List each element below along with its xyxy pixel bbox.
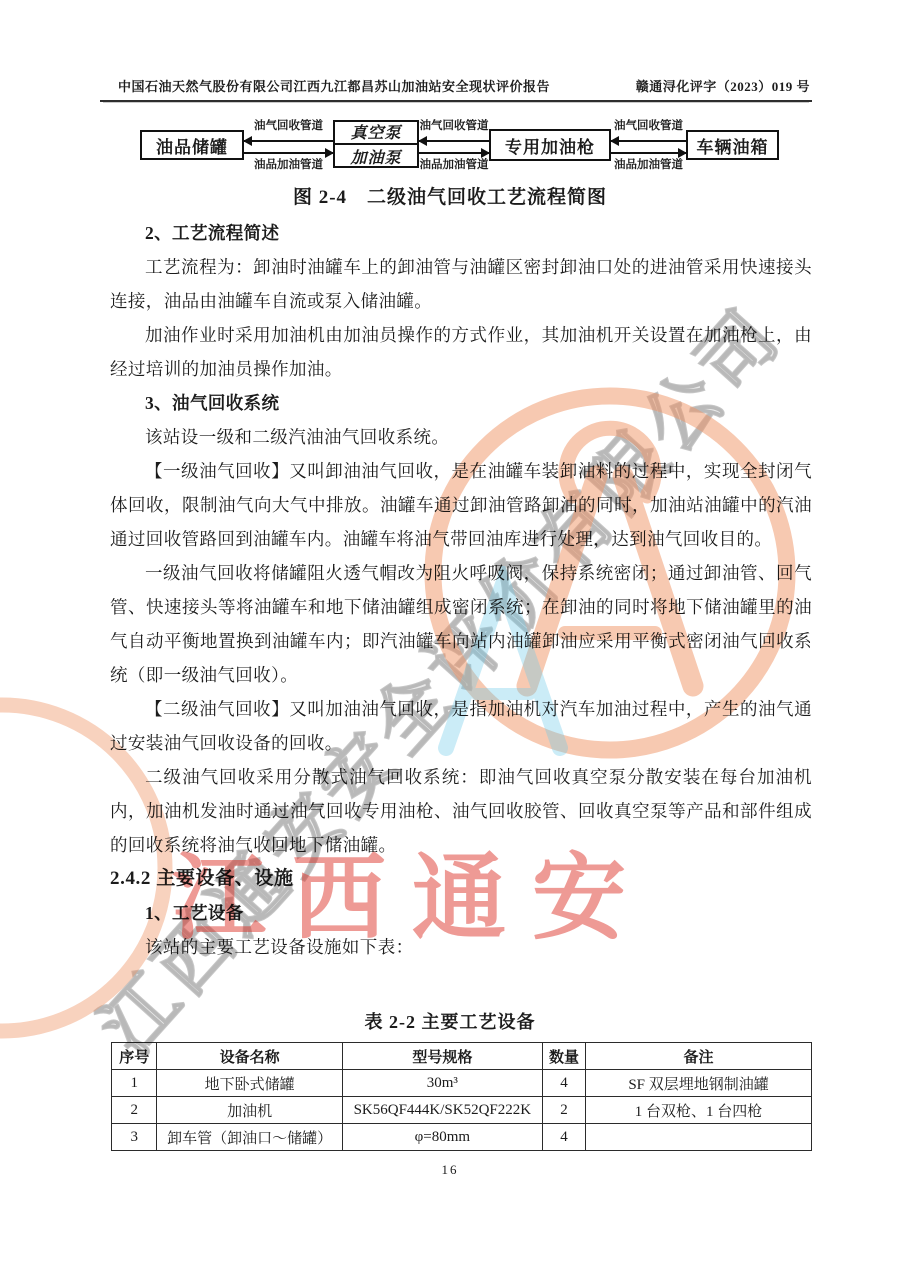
table-header-cell: 备注: [586, 1043, 812, 1070]
table-cell: 30m³: [342, 1070, 542, 1097]
document-page: 中国石油天然气股份有限公司江西九江都昌苏山加油站安全现状评价报告 赣通浔化评字（…: [0, 0, 900, 1273]
paragraph: 该站的主要工艺设备设施如下表：: [110, 930, 812, 964]
flow-box-storage-tank: 油品储罐: [140, 130, 244, 160]
vapor-pipeline-line: [611, 140, 686, 142]
flow-box-vacuum-pump: 真空泵: [335, 120, 417, 145]
oil-pipeline-label: 油品加油管道: [419, 156, 489, 172]
flow-box-pump-unit: 真空泵 加油泵: [333, 120, 419, 168]
table-cell: SK56QF444K/SK52QF222K: [342, 1097, 542, 1124]
arrow-left-icon: [243, 136, 252, 146]
equipment-table: 序号 设备名称 型号规格 数量 备注 1 地下卧式储罐 30m³ 4 SF 双层…: [111, 1042, 812, 1151]
table-header-cell: 设备名称: [157, 1043, 342, 1070]
header-report-title: 中国石油天然气股份有限公司江西九江都昌苏山加油站安全现状评价报告: [118, 76, 550, 95]
flow-box-nozzle: 专用加油枪: [489, 129, 611, 161]
subsection-heading-242: 2.4.2 主要设备、设施: [110, 862, 812, 896]
process-flow-diagram: 油品储罐 油气回收管道 油品加油管道 真空泵 加油泵 油气回收管道 油品加油管道…: [0, 114, 900, 174]
table-cell: 1: [112, 1070, 157, 1097]
table-cell: 4: [542, 1070, 585, 1097]
flow-box-label: 车辆油箱: [697, 133, 769, 158]
table-caption: 表 2-2 主要工艺设备: [0, 1008, 900, 1034]
paragraph: 【一级油气回收】又叫卸油油气回收，是在油罐车装卸油料的过程中，实现全封闭气体回收…: [110, 454, 812, 556]
vapor-pipeline-line: [419, 140, 489, 142]
table-cell: φ=80mm: [342, 1124, 542, 1151]
oil-pipeline-label: 油品加油管道: [611, 156, 686, 172]
table-row: 2 加油机 SK56QF444K/SK52QF222K 2 1 台双枪、1 台四…: [112, 1097, 812, 1124]
table-header-cell: 型号规格: [342, 1043, 542, 1070]
section-heading-equipment: 1、工艺设备: [110, 896, 812, 930]
flow-box-label: 专用加油枪: [505, 133, 595, 158]
table-row: 1 地下卧式储罐 30m³ 4 SF 双层埋地钢制油罐: [112, 1070, 812, 1097]
oil-pipeline-line: [611, 152, 686, 154]
paragraph: 【二级油气回收】又叫加油油气回收，是指加油机对汽车加油过程中，产生的油气通过安装…: [110, 692, 812, 760]
page-number: 16: [0, 1162, 900, 1178]
table-cell: 地下卧式储罐: [157, 1070, 342, 1097]
paragraph: 二级油气回收采用分散式油气回收系统：即油气回收真空泵分散安装在每台加油机内，加油…: [110, 760, 812, 862]
section-heading-process: 2、工艺流程简述: [110, 216, 812, 250]
connector-2: 油气回收管道 油品加油管道: [419, 114, 489, 174]
oil-pipeline-line: [244, 152, 333, 154]
oil-pipeline-line: [419, 152, 489, 154]
paragraph: 一级油气回收将储罐阻火透气帽改为阻火呼吸阀，保持系统密闭；通过卸油管、回气管、快…: [110, 556, 812, 692]
vapor-pipeline-line: [244, 140, 333, 142]
vapor-pipeline-label: 油气回收管道: [611, 117, 686, 133]
table-cell: 2: [112, 1097, 157, 1124]
paragraph: 工艺流程为：卸油时油罐车上的卸油管与油罐区密封卸油口处的进油管采用快速接头连接，…: [110, 250, 812, 318]
table-header-row: 序号 设备名称 型号规格 数量 备注: [112, 1043, 812, 1070]
arrow-left-icon: [610, 136, 619, 146]
vapor-pipeline-label: 油气回收管道: [244, 117, 333, 133]
page-header: 中国石油天然气股份有限公司江西九江都昌苏山加油站安全现状评价报告 赣通浔化评字（…: [100, 76, 812, 102]
table-cell: [586, 1124, 812, 1151]
flow-box-fuel-pump: 加油泵: [335, 145, 417, 168]
flow-box-label: 油品储罐: [156, 133, 228, 158]
paragraph: 加油作业时采用加油机由加油员操作的方式作业，其加油机开关设置在加油枪上，由经过培…: [110, 318, 812, 386]
table-cell: 2: [542, 1097, 585, 1124]
table-header-cell: 序号: [112, 1043, 157, 1070]
table-cell: 1 台双枪、1 台四枪: [586, 1097, 812, 1124]
oil-pipeline-label: 油品加油管道: [244, 156, 333, 172]
connector-3: 油气回收管道 油品加油管道: [611, 114, 686, 174]
table-cell: 加油机: [157, 1097, 342, 1124]
arrow-left-icon: [418, 136, 427, 146]
vapor-pipeline-label: 油气回收管道: [419, 117, 489, 133]
table-cell: 卸车管（卸油口～储罐）: [157, 1124, 342, 1151]
table-row: 3 卸车管（卸油口～储罐） φ=80mm 4: [112, 1124, 812, 1151]
body-text: 2、工艺流程简述 工艺流程为：卸油时油罐车上的卸油管与油罐区密封卸油口处的进油管…: [110, 216, 812, 964]
table-cell: 3: [112, 1124, 157, 1151]
flow-box-vehicle-tank: 车辆油箱: [686, 130, 779, 160]
table-header-cell: 数量: [542, 1043, 585, 1070]
connector-1: 油气回收管道 油品加油管道: [244, 114, 333, 174]
table-cell: SF 双层埋地钢制油罐: [586, 1070, 812, 1097]
paragraph: 该站设一级和二级汽油油气回收系统。: [110, 420, 812, 454]
section-heading-recovery: 3、油气回收系统: [110, 386, 812, 420]
figure-caption: 图 2-4 二级油气回收工艺流程简图: [0, 182, 900, 209]
header-document-number: 赣通浔化评字（2023）019 号: [636, 76, 810, 95]
table-cell: 4: [542, 1124, 585, 1151]
